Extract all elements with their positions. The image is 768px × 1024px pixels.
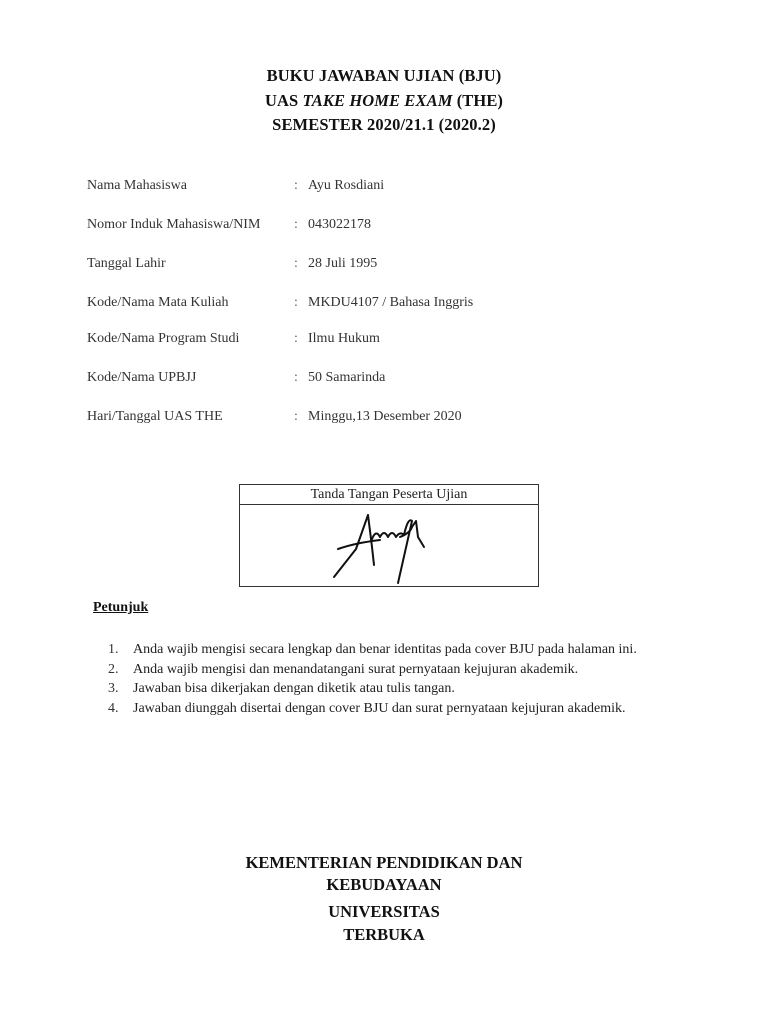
- instruction-item: 2. Anda wajib mengisi dan menandatangani…: [108, 660, 688, 680]
- identity-separator: :: [294, 295, 298, 311]
- instruction-text: Jawaban diunggah disertai dengan cover B…: [133, 701, 626, 716]
- header-subtitle-suffix: (THE): [452, 91, 503, 110]
- identity-label: Kode/Nama UPBJJ: [87, 370, 196, 386]
- identity-label: Kode/Nama Mata Kuliah: [87, 295, 229, 311]
- footer-ministry: KEMENTERIAN PENDIDIKAN DAN: [0, 852, 768, 874]
- instruction-text: Anda wajib mengisi dan menandatangani su…: [133, 662, 578, 677]
- identity-value: Ilmu Hukum: [308, 331, 380, 347]
- identity-value: 28 Juli 1995: [308, 256, 377, 272]
- header-semester: SEMESTER 2020/21.1 (2020.2): [0, 113, 768, 138]
- header-subtitle-italic: TAKE HOME EXAM: [303, 91, 453, 110]
- instruction-item: 4. Jawaban diunggah disertai dengan cove…: [108, 699, 688, 719]
- instruction-number: 1.: [108, 640, 119, 660]
- header-subtitle: UAS TAKE HOME EXAM (THE): [0, 89, 768, 114]
- identity-label: Hari/Tanggal UAS THE: [87, 409, 223, 425]
- identity-value: Minggu,13 Desember 2020: [308, 409, 462, 425]
- header-subtitle-prefix: UAS: [265, 91, 303, 110]
- signature-label: Tanda Tangan Peserta Ujian: [240, 485, 538, 505]
- identity-value: MKDU4107 / Bahasa Inggris: [308, 295, 473, 311]
- instruction-text: Anda wajib mengisi secara lengkap dan be…: [133, 642, 637, 657]
- instructions-title: Petunjuk: [93, 600, 148, 616]
- instruction-number: 4.: [108, 699, 119, 719]
- institution-footer: KEMENTERIAN PENDIDIKAN DAN KEBUDAYAAN UN…: [0, 852, 768, 946]
- identity-separator: :: [294, 256, 298, 272]
- identity-value: 50 Samarinda: [308, 370, 385, 386]
- instruction-text: Jawaban bisa dikerjakan dengan diketik a…: [133, 681, 455, 696]
- identity-value: Ayu Rosdiani: [308, 178, 384, 194]
- identity-separator: :: [294, 370, 298, 386]
- footer-university-cont: TERBUKA: [0, 924, 768, 946]
- identity-separator: :: [294, 331, 298, 347]
- instructions-list: 1. Anda wajib mengisi secara lengkap dan…: [108, 640, 688, 718]
- identity-separator: :: [294, 217, 298, 233]
- identity-separator: :: [294, 409, 298, 425]
- signature-icon: [300, 507, 460, 587]
- identity-label: Tanggal Lahir: [87, 256, 166, 272]
- identity-value: 043022178: [308, 217, 371, 233]
- signature-box: Tanda Tangan Peserta Ujian: [239, 484, 539, 587]
- identity-label: Nama Mahasiswa: [87, 178, 187, 194]
- identity-label: Kode/Nama Program Studi: [87, 331, 239, 347]
- header-title: BUKU JAWABAN UJIAN (BJU): [0, 64, 768, 89]
- instruction-item: 3. Jawaban bisa dikerjakan dengan diketi…: [108, 679, 688, 699]
- instruction-number: 2.: [108, 660, 119, 680]
- identity-separator: :: [294, 178, 298, 194]
- footer-university: UNIVERSITAS: [0, 900, 768, 924]
- footer-ministry-cont: KEBUDAYAAN: [0, 874, 768, 896]
- document-header: BUKU JAWABAN UJIAN (BJU) UAS TAKE HOME E…: [0, 64, 768, 138]
- instruction-number: 3.: [108, 679, 119, 699]
- identity-label: Nomor Induk Mahasiswa/NIM: [87, 217, 260, 233]
- instruction-item: 1. Anda wajib mengisi secara lengkap dan…: [108, 640, 688, 660]
